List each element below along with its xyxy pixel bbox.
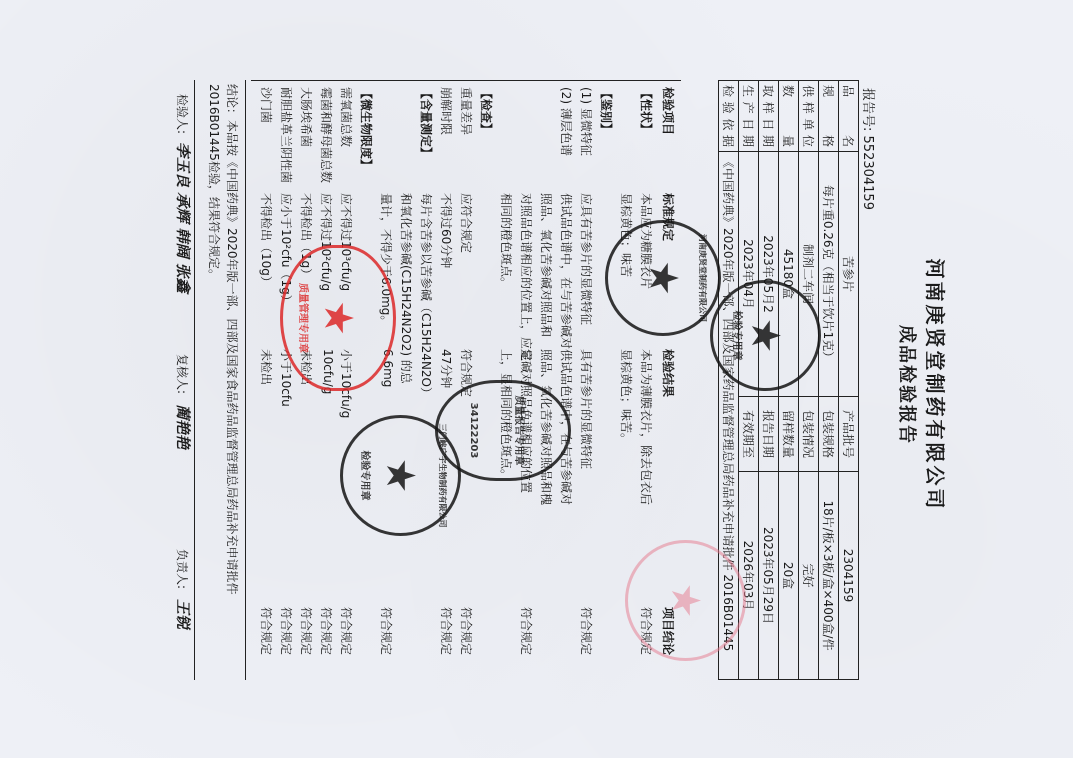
test-conclusion: 符合规定 [318, 607, 335, 655]
test-row: (2) 薄层色谱供试品色谱中，在与苦参碱对供试品色谱中，在与苦参碱对 [557, 87, 575, 677]
col-result: 检验结果 [660, 349, 677, 397]
test-item: 沙门菌 [258, 87, 275, 123]
test-row: 和氧化苦参碱(C15H24N2O2) 的总 [397, 87, 415, 677]
sanmenxia-stamp: ★ 三门峡广宇生物制药有限公司 检验专用章 [340, 415, 461, 536]
test-item: 崩解时限 [438, 87, 455, 135]
test-conclusion: 符合规定 [338, 607, 355, 655]
test-item: 【鉴别】 [598, 87, 615, 135]
test-item: 大肠埃希菌 [298, 87, 315, 147]
inspection-stamp: ★ 检验专用章 [710, 280, 821, 391]
test-result: 显棕黄色；味苦。 [618, 349, 635, 445]
report-number-label: 报告号: [860, 88, 875, 131]
info-label: 包装规格 [819, 396, 839, 471]
info-label: 报告日期 [759, 396, 779, 471]
test-conclusion: 符合规定 [278, 607, 295, 655]
test-standard: 供试品色谱中，在与苦参碱对 [558, 193, 575, 349]
star-icon: ★ [746, 318, 786, 354]
faded-red-stamp: ★ [625, 540, 746, 661]
test-standard: 照品、氧化苦参碱对照品和 [538, 193, 555, 337]
report-number-value: 552304159 [860, 136, 875, 210]
reviewer-signature: 蔺艳艳 [173, 404, 194, 449]
test-result: 47分钟 [438, 349, 455, 388]
info-label: 有效期至 [739, 396, 759, 471]
test-row: 耐胆盐革兰阴性菌应小于10²cfu（1g）小于10cfu符合规定 [277, 87, 295, 677]
report-number: 报告号: 552304159 [860, 88, 879, 210]
info-label: 取样日期 [759, 81, 779, 152]
test-row: 重量差异应符合规定符合规定符合规定 [457, 87, 475, 677]
test-conclusion: 符合规定 [578, 607, 595, 655]
info-value: 2026年03月 [739, 471, 759, 679]
info-label: 供样单位 [799, 81, 819, 152]
test-item: 需氧菌总数 [338, 87, 355, 147]
test-row: 【鉴别】 [597, 87, 615, 677]
info-value: 苦参片 [839, 152, 859, 397]
info-label: 检验依据 [719, 81, 739, 152]
test-item: 【检查】 [478, 87, 495, 135]
info-value: 完好 [799, 471, 819, 679]
info-label: 数量 [779, 81, 799, 152]
test-item: 霉菌和酵母菌总数 [318, 87, 335, 183]
info-label: 生产日期 [739, 81, 759, 152]
test-standard: 对照品色谱相应的位置上，应显 [518, 193, 535, 361]
info-value: 每片重0.26克（相当于饮片1克） [819, 152, 839, 397]
conclusion-line-2: 2016B01445检验，结果符合规定。 [206, 84, 223, 281]
info-value: 2304159 [839, 471, 859, 679]
info-value: 18片/板×3板/盒×400盒/件 [819, 471, 839, 679]
test-row: 【含量测定】每片含苦参以苦参碱（C15H24N2O） [417, 87, 435, 677]
test-standard: 不得过60分钟 [438, 193, 455, 268]
test-item: (1) 显微特征 [578, 87, 595, 156]
test-conclusion: 符合规定 [518, 607, 535, 655]
star-icon: ★ [643, 260, 683, 296]
test-result: 未检出 [258, 349, 275, 385]
responsible-signature: 王锐 [173, 599, 194, 629]
test-row: 沙门菌不得检出（10g）未检出符合规定 [257, 87, 275, 677]
info-row: 供样单位制剂二车间包装情况完好 [799, 81, 819, 680]
test-result: 具有苦参片的显微特征 [578, 349, 595, 469]
company-name: 河南庚贤堂制药有限公司 [922, 80, 951, 690]
info-label: 品名 [839, 81, 859, 152]
quality-management-stamp: ★ 质量管理专用章 [280, 245, 396, 391]
test-item: (2) 薄层色谱 [558, 87, 575, 156]
star-icon: ★ [666, 583, 706, 619]
test-row: 量计，不得少于6.0mg。6.6mg符合规定 [377, 87, 395, 677]
test-standard: 相同的橙色斑点。 [498, 193, 515, 289]
test-conclusion: 符合规定 [378, 607, 395, 655]
test-standard: 和氧化苦参碱(C15H24N2O2) 的总 [398, 193, 415, 384]
responsible-label: 负责人: [174, 549, 191, 589]
info-row: 规格每片重0.26克（相当于饮片1克）包装规格18片/板×3板/盒×400盒/件 [819, 81, 839, 680]
conclusion-section: 结论：本品按《中国药典》2020年版一部、四部及国家食品药品监督管理总局药品补充… [194, 80, 246, 680]
test-standard: 应具有苦参片的显微特征 [578, 193, 595, 325]
info-label: 包装情况 [799, 396, 819, 471]
test-row: 照品、氧化苦参碱对照品和照品、氧化苦参碱对照品和槐 [537, 87, 555, 677]
reviewer-label: 复核人: [174, 354, 191, 394]
report-title: 成品检验报告 [895, 80, 921, 690]
test-result: 本品为薄膜衣片，除去包衣后 [638, 349, 655, 505]
info-label: 规格 [819, 81, 839, 152]
star-icon: ★ [318, 300, 358, 336]
test-standard: 应符合规定 [458, 193, 475, 253]
inspector-signatures: 李玉良 承辉 韩阔 张鑫 [173, 142, 194, 293]
star-icon: ★ [381, 458, 421, 494]
col-item: 检验项目 [660, 87, 677, 135]
inspection-report-page: 河南庚贤堂制药有限公司 成品检验报告 报告号: 552304159 品名苦参片产… [121, 80, 971, 690]
test-row: (1) 显微特征应具有苦参片的显微特征具有苦参片的显微特征符合规定 [577, 87, 595, 677]
info-row: 品名苦参片产品批号2304159 [839, 81, 859, 680]
info-label: 留样数量 [779, 396, 799, 471]
info-value: 20盒 [779, 471, 799, 679]
test-item: 【性状】 [638, 87, 655, 135]
test-conclusion: 符合规定 [258, 607, 275, 655]
test-conclusion: 符合规定 [438, 607, 455, 655]
info-label: 产品批号 [839, 396, 859, 471]
conclusion-line-1: 结论：本品按《中国药典》2020年版一部、四部及国家食品药品监督管理总局药品补充… [224, 84, 241, 595]
test-row: 崩解时限不得过60分钟47分钟符合规定 [437, 87, 455, 677]
test-conclusion: 符合规定 [458, 607, 475, 655]
inspector-label: 检验人: [174, 94, 191, 134]
test-item: 重量差异 [458, 87, 475, 135]
info-value: 2023年05月29日 [759, 471, 779, 679]
company-stamp: ★ 河南庚贤堂制药有限公司 [605, 220, 721, 336]
test-standard: 不得检出（10g） [258, 193, 275, 288]
test-item: 【微生物限度】 [358, 87, 375, 171]
test-standard: 每片含苦参以苦参碱（C15H24N2O） [418, 193, 435, 399]
test-item: 耐胆盐革兰阴性菌 [278, 87, 295, 183]
test-item: 【含量测定】 [418, 87, 435, 159]
test-conclusion: 符合规定 [298, 607, 315, 655]
